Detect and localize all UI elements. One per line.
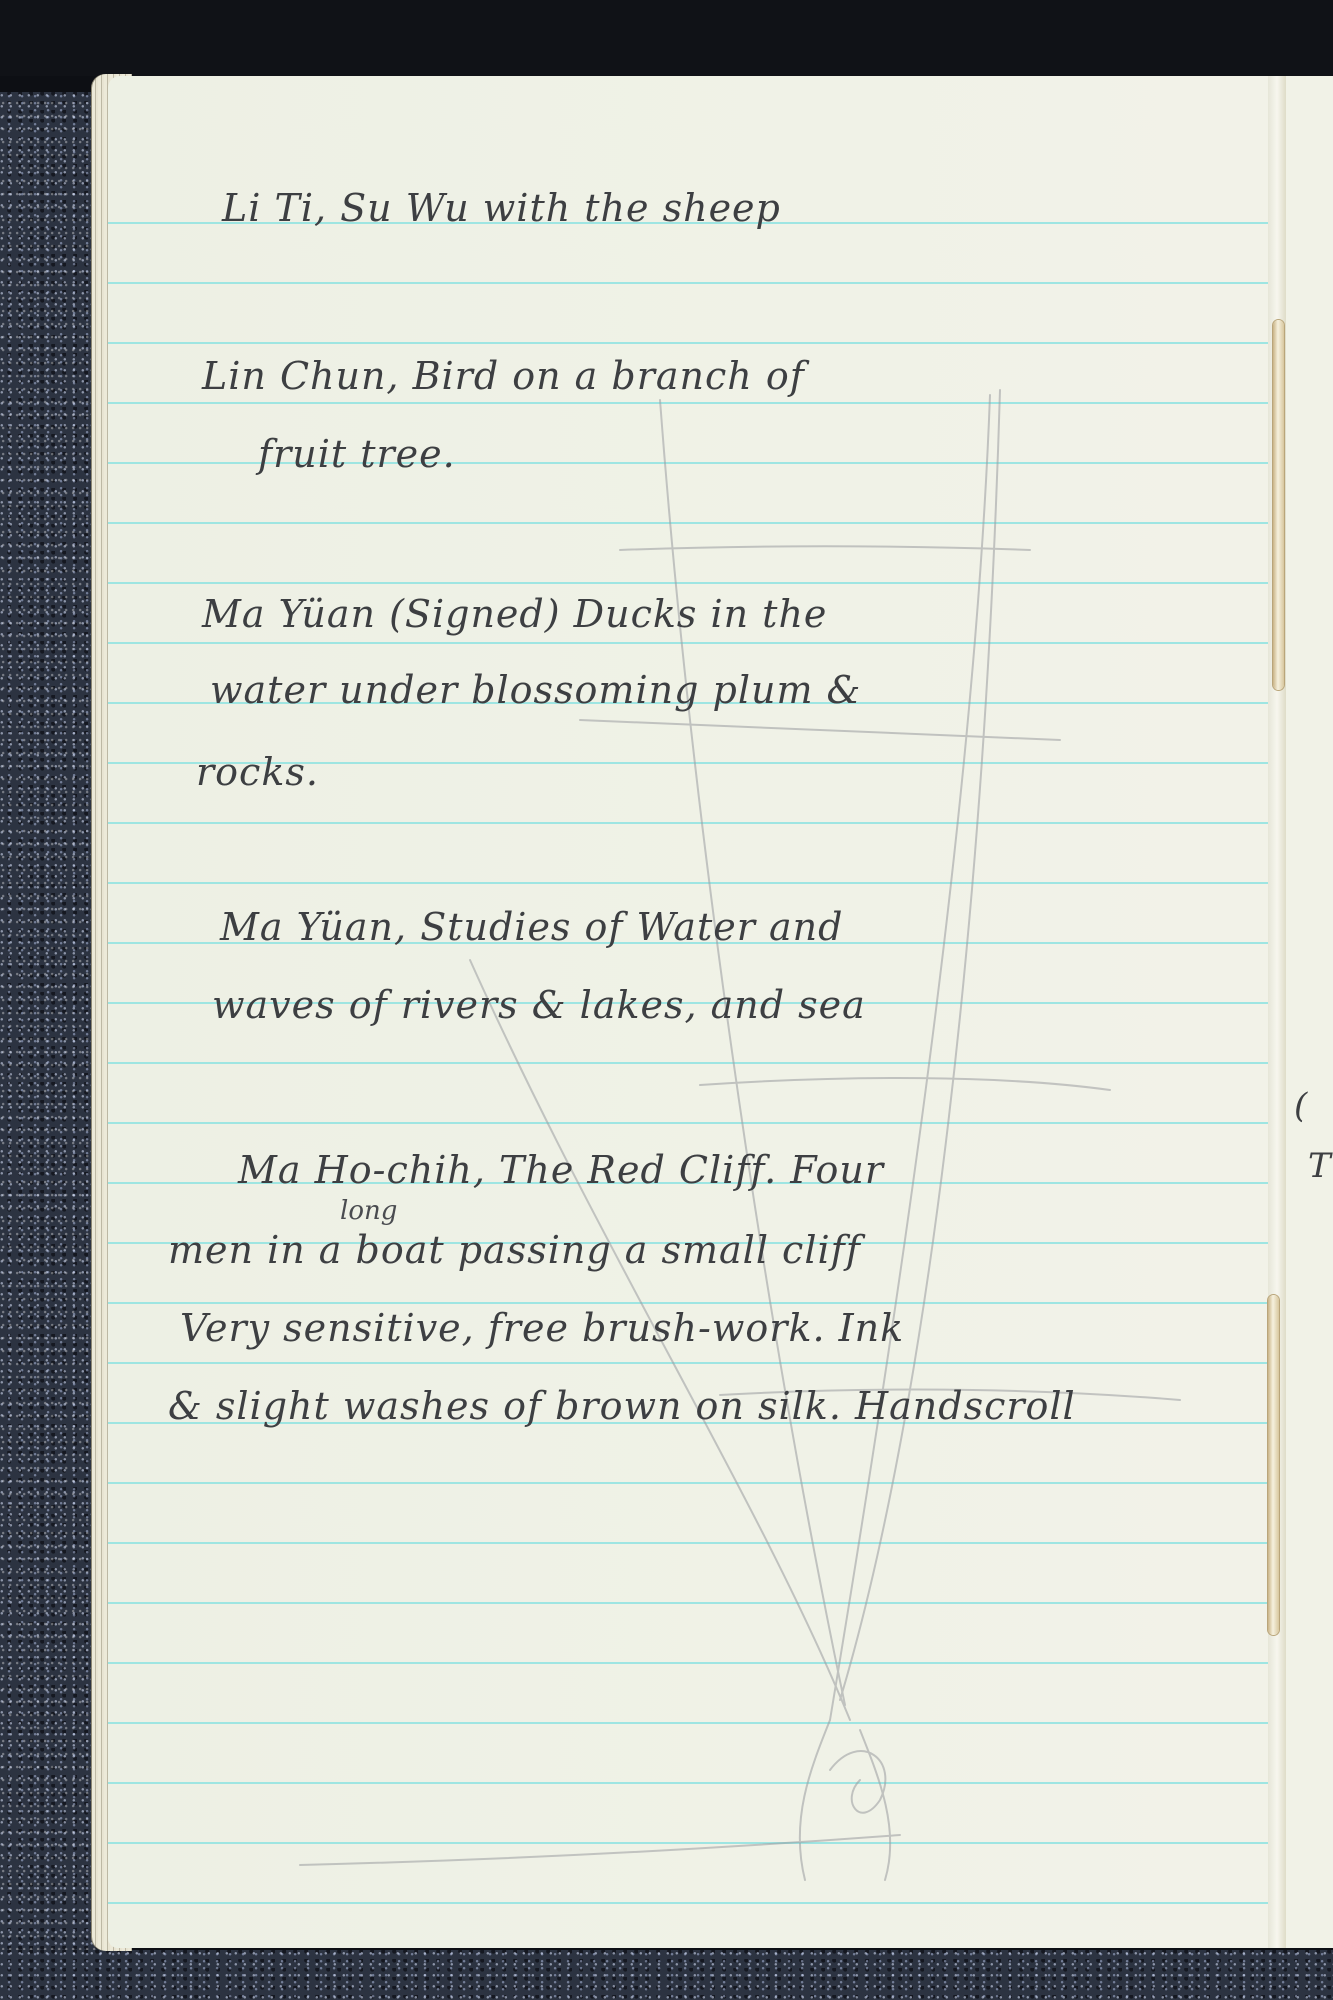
entry-1-line-1: Li Ti, Su Wu with the sheep bbox=[222, 186, 781, 230]
facing-page-text-fragment: T bbox=[1308, 1146, 1331, 1186]
facing-page: ( T bbox=[1286, 76, 1333, 1948]
ruled-line bbox=[108, 282, 1276, 284]
entry-4-line-2: waves of rivers & lakes, and sea bbox=[212, 983, 866, 1027]
ruled-line bbox=[108, 1302, 1276, 1304]
entry-5-line-1: Ma Ho-chih, The Red Cliff. Four bbox=[238, 1148, 884, 1192]
entry-5-line-2: men in a boat passing a small cliff bbox=[168, 1228, 861, 1272]
entry-5-line-3: Very sensitive, free brush-work. Ink bbox=[180, 1306, 904, 1350]
ruled-line bbox=[108, 522, 1276, 524]
ruled-line bbox=[108, 1482, 1276, 1484]
ruled-line bbox=[108, 1602, 1276, 1604]
ruled-line bbox=[108, 1662, 1276, 1664]
entry-3-line-3: rocks. bbox=[196, 750, 319, 794]
entry-4-line-1: Ma Yüan, Studies of Water and bbox=[220, 905, 843, 949]
ruled-line bbox=[108, 1842, 1276, 1844]
background-top bbox=[0, 0, 1333, 76]
ruled-line bbox=[108, 822, 1276, 824]
ruled-line bbox=[108, 882, 1276, 884]
binding-stitch bbox=[1273, 320, 1284, 690]
facing-page-text-fragment: ( bbox=[1294, 1086, 1307, 1126]
entry-5-line-4: & slight washes of brown on silk. Handsc… bbox=[168, 1384, 1076, 1428]
ruled-line bbox=[108, 1782, 1276, 1784]
entry-5-insertion: long bbox=[340, 1196, 397, 1226]
entry-3-line-2: water under blossoming plum & bbox=[210, 668, 861, 712]
ruled-line bbox=[108, 1122, 1276, 1124]
entry-3-line-1: Ma Yüan (Signed) Ducks in the bbox=[202, 592, 827, 636]
ruled-line bbox=[108, 1722, 1276, 1724]
ruled-line bbox=[108, 1062, 1276, 1064]
binding-stitch bbox=[1268, 1295, 1279, 1635]
ruled-line bbox=[108, 642, 1276, 644]
foam-background-bottom bbox=[0, 1950, 1333, 2000]
ruled-line bbox=[108, 582, 1276, 584]
ruled-line bbox=[108, 1542, 1276, 1544]
ruled-line bbox=[108, 342, 1276, 344]
ruled-line bbox=[108, 1902, 1276, 1904]
entry-2-line-2: fruit tree. bbox=[258, 432, 456, 476]
ruled-line bbox=[108, 402, 1276, 404]
entry-2-line-1: Lin Chun, Bird on a branch of bbox=[202, 354, 805, 398]
ruled-line bbox=[108, 1362, 1276, 1364]
